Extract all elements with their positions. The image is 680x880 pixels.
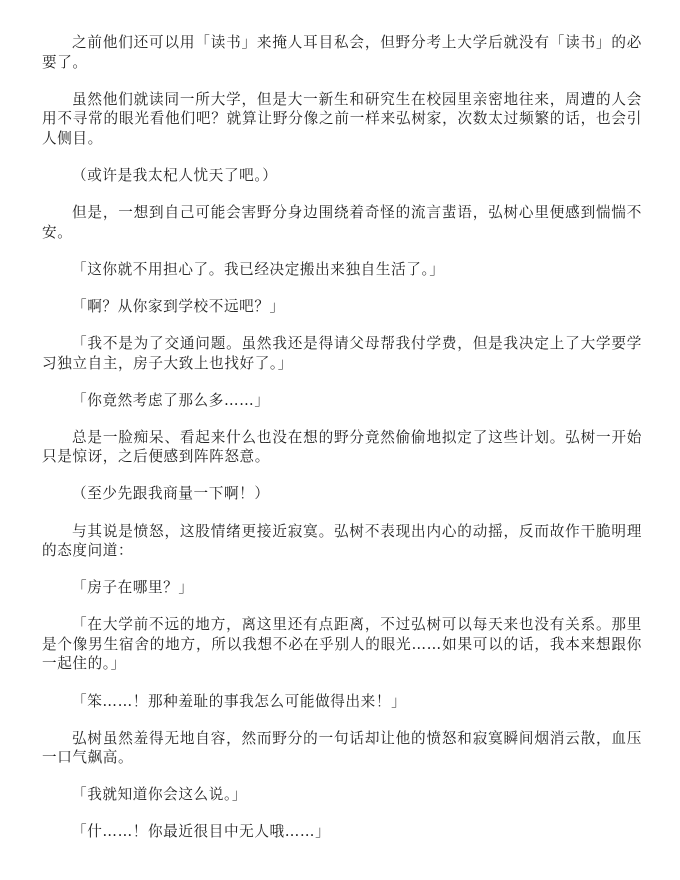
paragraph: 之前他们还可以用「读书」来掩人耳目私会，但野分考上大学后就没有「读书」的必要了。 [42,33,642,72]
paragraph: 「我不是为了交通问题。虽然我还是得请父母帮我付学费，但是我决定上了大学要学习独立… [42,334,642,373]
paragraph: 但是，一想到自己可能会害野分身边围绕着奇怪的流言蜚语，弘树心里便感到惴惴不安。 [42,203,642,242]
paragraph: 虽然他们就读同一所大学，但是大一新生和研究生在校园里亲密地往来，周遭的人会用不寻… [42,90,642,149]
paragraph: 「房子在哪里？」 [42,578,642,598]
paragraph: 与其说是愤怒，这股情绪更接近寂寞。弘树不表现出内心的动摇，反而故作干脆明理的态度… [42,522,642,561]
document-page: 之前他们还可以用「读书」来掩人耳目私会，但野分考上大学后就没有「读书」的必要了。… [42,33,642,860]
paragraph: 「啊？从你家到学校不远吧？」 [42,297,642,317]
paragraph: 总是一脸痴呆、看起来什么也没在想的野分竟然偷偷地拟定了这些计划。弘树一开始只是惊… [42,428,642,467]
paragraph: 「在大学前不远的地方，离这里还有点距离，不过弘树可以每天来也没有关系。那里是个像… [42,615,642,674]
paragraph: 「这你就不用担心了。我已经决定搬出来独自生活了。」 [42,260,642,280]
paragraph: 弘树虽然羞得无地自容，然而野分的一句话却让他的愤怒和寂寞瞬间烟消云散，血压一口气… [42,729,642,768]
paragraph: 「我就知道你会这么说。」 [42,785,642,805]
paragraph: 「你竟然考虑了那么多……」 [42,391,642,411]
paragraph: 「什……！你最近很目中无人哦……」 [42,822,642,842]
paragraph: （或许是我太杞人忧天了吧。） [42,166,642,186]
paragraph: 「笨……！那种羞耻的事我怎么可能做得出来！」 [42,692,642,712]
paragraph: （至少先跟我商量一下啊！） [42,484,642,504]
